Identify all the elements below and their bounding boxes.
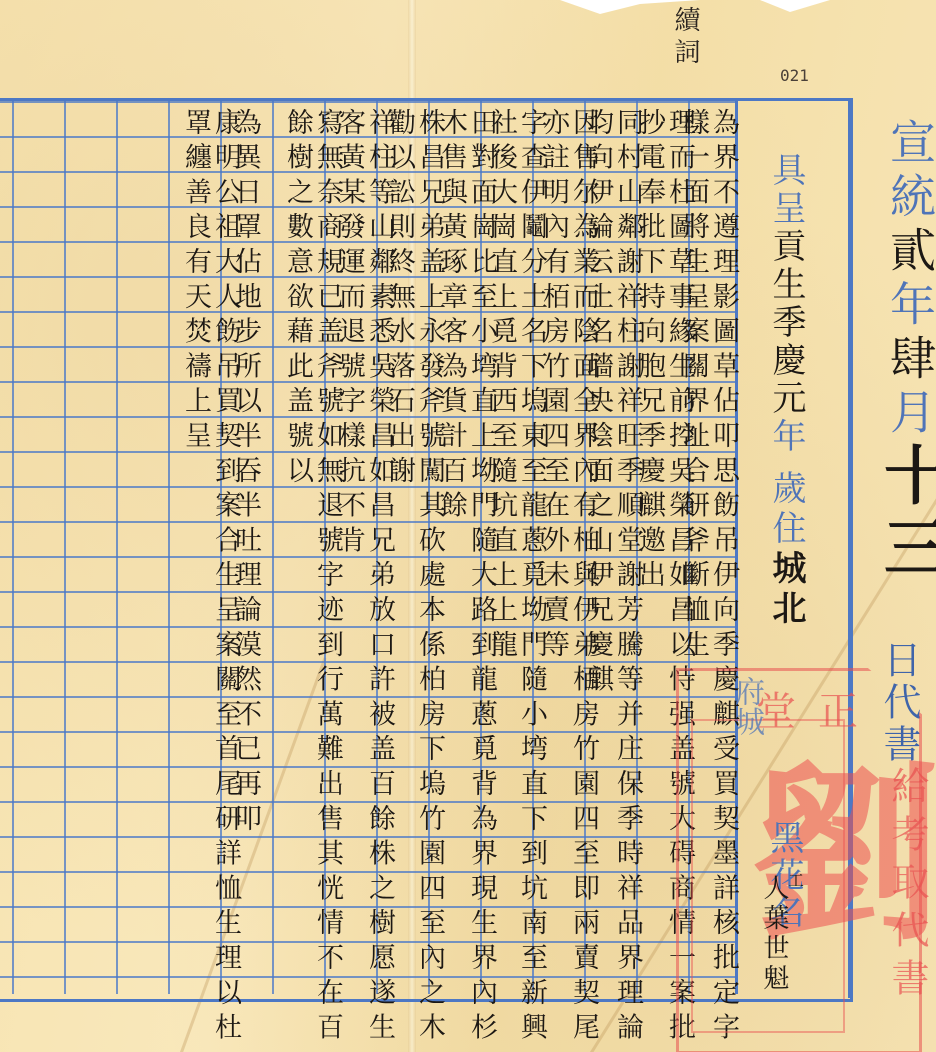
document-header: 續詞 021 — [0, 0, 936, 98]
document-title: 續詞 — [668, 6, 704, 70]
year-label: 年 — [883, 280, 936, 334]
petitioner-prefix: 具呈 — [766, 152, 806, 228]
document-paper: 續詞 021 為界不遵理影圖草佔叩思飭吊伊向季慶麒受買契墨詳核批定字樣一面將生呈… — [0, 0, 936, 1052]
seal-char-zheng: 正 — [818, 680, 858, 737]
body-column-9: 寫無奈商規已盖斧號如無退號字迹到行萬難出售其恍情不在百餘樹之數意欲藉此盖號以 — [282, 108, 342, 1052]
petitioner-age-label: 年 — [766, 418, 806, 456]
year-number: 貳 — [883, 226, 936, 280]
month-label: 月 — [883, 388, 936, 442]
petitioner-residence: 歲住城北 — [762, 470, 811, 630]
document-date: 宣統貳年肆月十三 — [864, 118, 936, 586]
residence-value: 城北 — [766, 550, 806, 630]
body-column-8: 祥柱等山鄰素悉吳榮昌如昌兄弟放口許被盖百餘株之樹愿遂生客黃某發運而退號字樣抗不肯 — [334, 108, 394, 1052]
petitioner-name: 貢生季慶元 — [766, 228, 806, 418]
body-column-6: 田對面崗比至小塆直上坳門隨大路到龍蔥覓背為界現生界內杉木售與黃琢章客為貨計百餘 — [436, 108, 496, 1052]
scribe-name: 人葉世魁 — [756, 874, 793, 994]
residence-label: 歲住 — [766, 470, 806, 550]
month-number: 肆 — [883, 334, 936, 388]
body-column-11: 康明公祖大人飭吊買契到案合生呈案關至首尾研詳恤生理以杜罩纏善良有天焚禱上呈 — [180, 108, 240, 1052]
day-label: 日 — [877, 640, 921, 682]
era-name: 宣統 — [883, 118, 936, 226]
blue-stamp: 府城 — [724, 676, 768, 736]
seal-side-text: 給考取代書 — [880, 766, 935, 1006]
day-number: 十三 — [873, 442, 936, 586]
body-column-4: 因售尔為業而陰面全界內有柏與伊弟栢房竹園四至即兩賣契尾亦註明內有栢房竹園四至在外… — [538, 108, 598, 1052]
petitioner-line: 具呈貢生季慶元年 — [762, 152, 811, 456]
page-number: 021 — [780, 66, 809, 85]
